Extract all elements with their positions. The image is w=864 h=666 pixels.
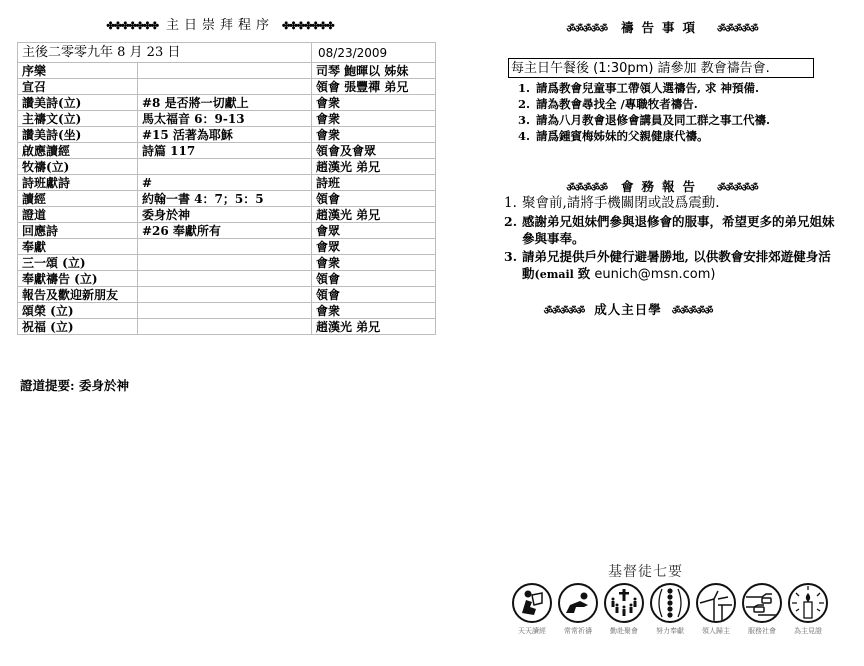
essential-item: 為主見證 [786,583,830,636]
ornament-left: ॐॐॐॐॐ [566,183,607,194]
essential-item: 服務社會 [740,583,784,636]
program-leader-cell: 趙漢光 弟兄 [312,319,436,335]
business-list: 1.聚會前,請將手機關閉或設爲震動. 2.感謝弟兄姐妹們參與退修會的服事，希望更… [498,195,838,284]
program-leader-cell: 領會 張豐禪 弟兄 [312,79,436,95]
business-title-text: 會務報告 [621,179,703,194]
program-row: 詩班獻詩#詩班 [18,175,436,191]
program-item-cell: 讚美詩(立) [18,95,138,111]
sermon-note: 證道提要: 委身於神 [20,376,129,394]
program-content-cell [138,63,312,79]
program-item-cell: 奉獻禱告 (立) [18,271,138,287]
program-content-cell [138,303,312,319]
prayer-list: 1.請爲教會兒童事工帶領人選禱告, 求 神預備. 2.請為教會尋找全 /專職牧者… [512,80,842,144]
date-chinese-cell: 主後二零零九年 8 月 23 日 [18,43,312,63]
program-item-cell: 讀經 [18,191,138,207]
program-row: 祝福 (立)趙漢光 弟兄 [18,319,436,335]
program-item-cell: 回應詩 [18,223,138,239]
serving-society-icon [742,583,782,623]
program-item-cell: 報告及歡迎新朋友 [18,287,138,303]
essentials-title: 基督徒七要 [608,561,683,581]
program-leader-cell: 領會 [312,271,436,287]
prayer-title: ॐॐॐॐॐ禱告事項ॐॐॐॐॐ [512,18,812,36]
program-row: 主禱文(立)馬太福音 6：9-13會衆 [18,111,436,127]
program-row: 報告及歡迎新朋友領會 [18,287,436,303]
program-content-cell [138,159,312,175]
program-table: 主後二零零九年 8 月 23 日 08/23/2009 序樂司琴 鮑暉以 姊妹宣… [17,42,436,335]
fish-offering-icon [650,583,690,623]
program-row: 宣召領會 張豐禪 弟兄 [18,79,436,95]
ornament-left: ✤✤✤✤✤✤✤ [106,21,158,32]
candle-witness-icon [788,583,828,623]
ornament-right: ✤✤✤✤✤✤✤ [282,21,334,32]
program-row: 讀經約翰一書 4：7；5：5領會 [18,191,436,207]
program-content-cell: #26 奉獻所有 [138,223,312,239]
program-item-cell: 主禱文(立) [18,111,138,127]
program-row: 讚美詩(立)#8 是否將一切獻上會衆 [18,95,436,111]
program-content-cell [138,287,312,303]
program-leader-cell: 會眾 [312,223,436,239]
program-row: 奉獻禱告 (立)領會 [18,271,436,287]
prayer-meeting-notice: 每主日午餐後 (1:30pm) 請參加 教會禱告會. [508,58,814,78]
ornament-left: ॐॐॐॐॐ [566,24,607,35]
date: 08/23/2009 [318,46,387,60]
program-leader-cell: 會眾 [312,239,436,255]
program-title: ✤✤✤✤✤✤✤主日崇拜程序✤✤✤✤✤✤✤ [70,14,370,33]
program-leader-cell: 司琴 鮑暉以 姊妹 [312,63,436,79]
program-row: 證道委身於神趙漢光 弟兄 [18,207,436,223]
business-item: 2.感謝弟兄姐妹們參與退修會的服事，希望更多的弟兄姐妹參與事奉。 [498,213,838,248]
sunday-school-title: ॐॐॐॐॐ成人主日學ॐॐॐॐॐ [528,300,728,318]
prayer-item: 2.請為教會尋找全 /專職牧者禱告. [512,96,842,112]
essential-item: 努力奉獻 [648,583,692,636]
program-row: 回應詩#26 奉獻所有會眾 [18,223,436,239]
kneeling-prayer-icon [558,583,598,623]
prayer-title-text: 禱告事項 [621,20,703,35]
program-leader-cell: 會衆 [312,255,436,271]
program-item-cell: 頌榮 (立) [18,303,138,319]
program-leader-cell: 會衆 [312,303,436,319]
program-content-cell [138,319,312,335]
program-leader-cell: 會衆 [312,127,436,143]
business-item: 3.請弟兄提供戶外健行避暑勝地, 以供教會安排郊遊健身活動(email 致 eu… [498,248,838,284]
program-row: 三一頌 (立)會衆 [18,255,436,271]
program-item-cell: 讚美詩(坐) [18,127,138,143]
program-content-cell: 委身於神 [138,207,312,223]
program-header-row: 主後二零零九年 8 月 23 日 08/23/2009 [18,43,436,63]
program-content-cell: #15 活著為耶穌 [138,127,312,143]
program-leader-cell: 趙漢光 弟兄 [312,207,436,223]
program-content-cell: 馬太福音 6：9-13 [138,111,312,127]
program-content-cell [138,239,312,255]
program-row: 奉獻會眾 [18,239,436,255]
program-row: 牧禱(立)趙漢光 弟兄 [18,159,436,175]
program-content-cell [138,271,312,287]
program-leader-cell: 會衆 [312,111,436,127]
program-content-cell: # [138,175,312,191]
essential-item: 勤赴聚會 [602,583,646,636]
program-leader-cell: 領會 [312,191,436,207]
program-item-cell: 祝福 (立) [18,319,138,335]
program-item-cell: 詩班獻詩 [18,175,138,191]
ornament-right: ॐॐॐॐॐ [672,306,713,317]
program-leader-cell: 詩班 [312,175,436,191]
program-leader-cell: 領會及會眾 [312,143,436,159]
program-content-cell [138,79,312,95]
program-item-cell: 三一頌 (立) [18,255,138,271]
leading-to-lord-icon [696,583,736,623]
program-content-cell [138,255,312,271]
program-leader-cell: 趙漢光 弟兄 [312,159,436,175]
program-row: 序樂司琴 鮑暉以 姊妹 [18,63,436,79]
program-row: 啟應讀經詩篇 117領會及會眾 [18,143,436,159]
program-row: 讚美詩(坐) #15 活著為耶穌會衆 [18,127,436,143]
prayer-item: 1.請爲教會兒童事工帶領人選禱告, 求 神預備. [512,80,842,96]
business-title: ॐॐॐॐॐ會務報告ॐॐॐॐॐ [512,177,812,195]
sunday-school-title-text: 成人主日學 [594,302,662,317]
prayer-item: 3.請為八月教會退修會講員及同工群之事工代禱. [512,112,842,128]
ornament-right: ॐॐॐॐॐ [717,24,758,35]
essential-item: 天天讀經 [510,583,554,636]
program-item-cell: 宣召 [18,79,138,95]
church-gathering-icon [604,583,644,623]
date-cell: 08/23/2009 [312,43,436,63]
program-content-cell: 詩篇 117 [138,143,312,159]
program-row: 頌榮 (立)會衆 [18,303,436,319]
business-item: 1.聚會前,請將手機關閉或設爲震動. [498,195,838,213]
program-content-cell: 約翰一書 4：7；5：5 [138,191,312,207]
reading-bible-icon [512,583,552,623]
date-chinese: 主後二零零九年 8 月 23 日 [22,45,180,60]
email-address: eunich@msn.com) [590,267,715,282]
ornament-left: ॐॐॐॐॐ [544,306,585,317]
essential-item: 領人歸主 [694,583,738,636]
program-item-cell: 啟應讀經 [18,143,138,159]
program-item-cell: 證道 [18,207,138,223]
essentials-graphic: 天天讀經 常常祈禱 勤赴聚會 努力奉獻 領人歸主 服務社會 為主見證 [510,583,830,645]
program-item-cell: 序樂 [18,63,138,79]
program-title-text: 主日崇拜程序 [166,18,274,33]
prayer-item: 4.請爲鍾賓梅姊妹的父親健康代禱。 [512,128,842,144]
program-item-cell: 奉獻 [18,239,138,255]
ornament-right: ॐॐॐॐॐ [717,183,758,194]
essential-item: 常常祈禱 [556,583,600,636]
program-content-cell: #8 是否將一切獻上 [138,95,312,111]
program-leader-cell: 會衆 [312,95,436,111]
program-leader-cell: 領會 [312,287,436,303]
program-item-cell: 牧禱(立) [18,159,138,175]
